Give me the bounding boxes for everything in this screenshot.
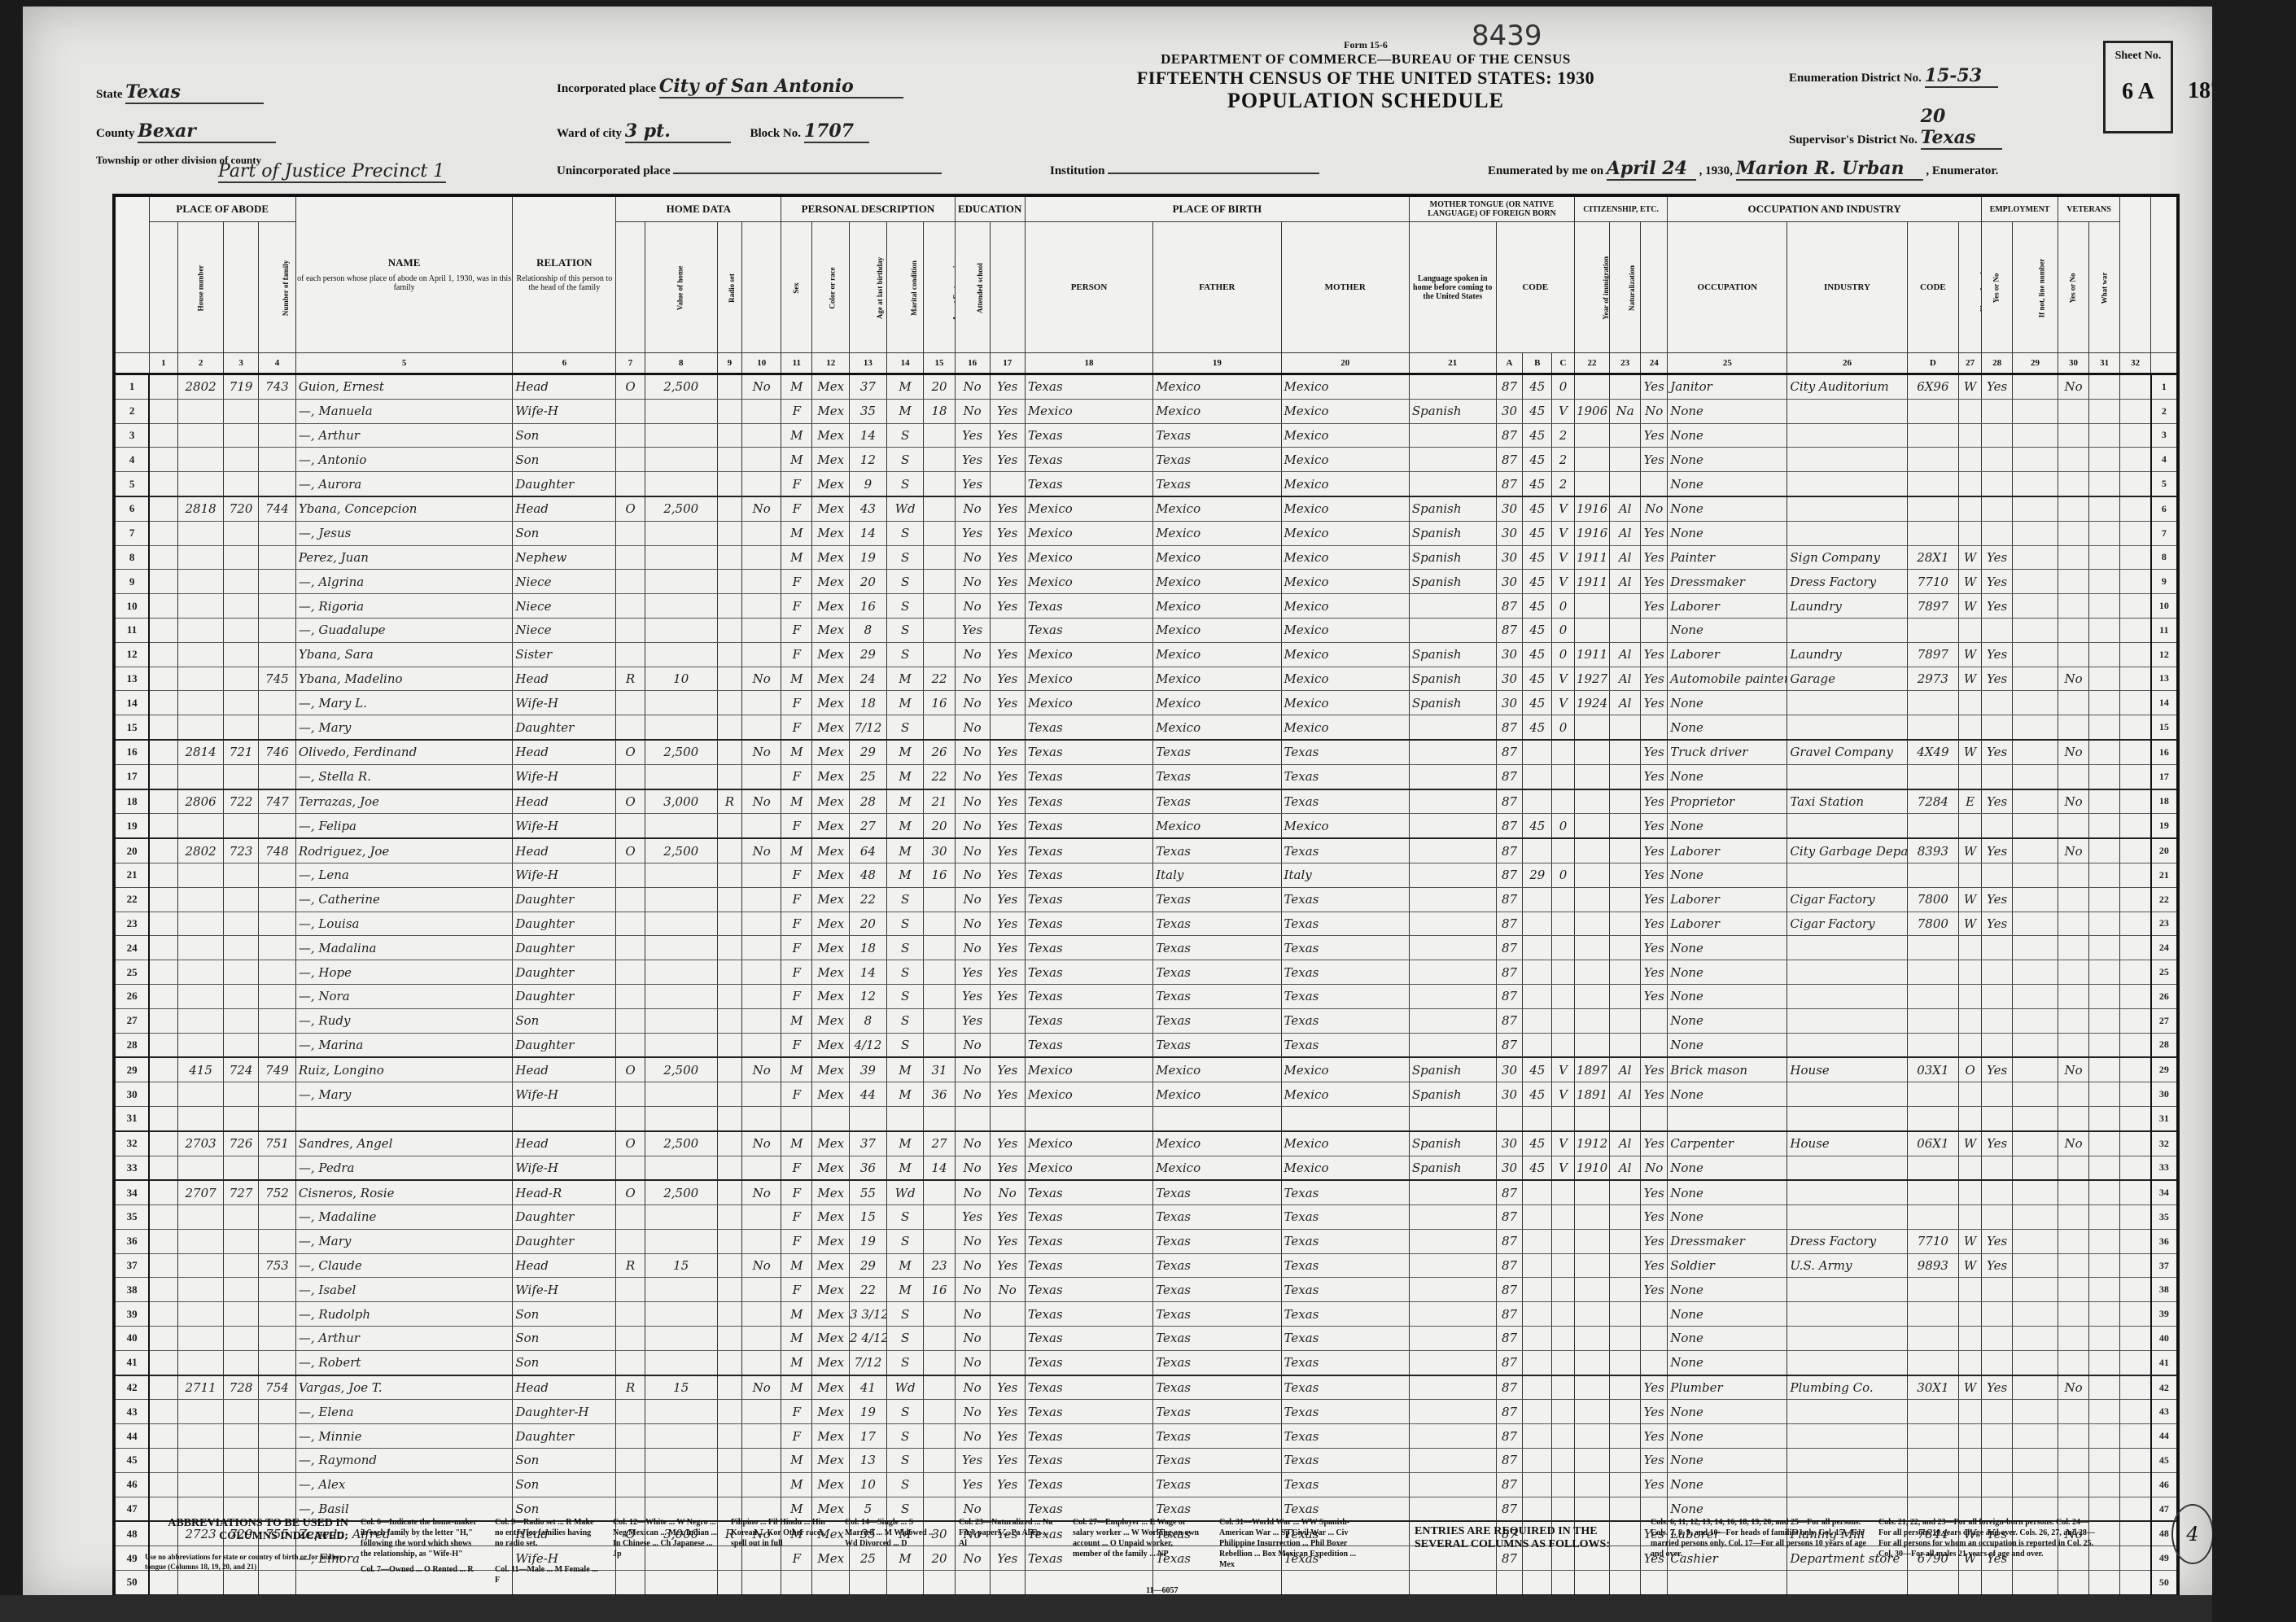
- dwelling-number: [224, 1449, 259, 1473]
- can-read-write: [990, 715, 1025, 740]
- speaks-english: Yes: [1641, 764, 1668, 789]
- birthplace-mother: Texas: [1281, 1472, 1409, 1497]
- unemployment-line: [2013, 887, 2058, 912]
- occupation-code: [1907, 691, 1958, 715]
- house-number: [178, 814, 224, 838]
- veteran: [2058, 984, 2088, 1008]
- birthplace-father: Texas: [1153, 1472, 1281, 1497]
- farm-schedule: [2120, 570, 2151, 594]
- veteran: No: [2058, 789, 2088, 814]
- radio-set: [717, 936, 741, 960]
- veteran: [2058, 764, 2088, 789]
- at-work: Yes: [1982, 570, 2013, 594]
- mother-tongue: [1409, 740, 1496, 764]
- at-work: Yes: [1982, 912, 2013, 936]
- radio-set: [717, 496, 741, 521]
- code-b: [1523, 1327, 1552, 1351]
- radio-set: [717, 715, 741, 740]
- mother-tongue: [1409, 715, 1496, 740]
- farm-schedule: [2120, 1302, 2151, 1327]
- race: Mex: [812, 1180, 850, 1204]
- age: 15: [850, 1205, 887, 1230]
- can-read-write: Yes: [990, 521, 1025, 545]
- code-a: 87: [1496, 838, 1523, 863]
- home-value: 15: [645, 1375, 717, 1400]
- age-first-marriage: 20: [924, 374, 955, 400]
- code-c: [1552, 1449, 1575, 1473]
- code-c: 0: [1552, 715, 1575, 740]
- line-number: 17: [114, 764, 149, 789]
- house-number: [178, 1327, 224, 1351]
- class-of-worker: [1959, 1424, 1982, 1449]
- unemployment-line: [2013, 912, 2058, 936]
- table-row: 33 —, Pedra Wife-H F Mex 36 M 14 No Yes …: [114, 1156, 2178, 1180]
- line-number: 11: [114, 618, 149, 642]
- table-row: 14 —, Mary L. Wife-H F Mex 18 M 16 No Ye…: [114, 691, 2178, 715]
- colnum: 20: [1281, 353, 1409, 374]
- attended-school: No: [955, 667, 990, 691]
- occupation: Dressmaker: [1668, 570, 1787, 594]
- age-header: Age at last birthday: [850, 222, 887, 353]
- birthplace-mother: Mexico: [1281, 423, 1409, 448]
- occupation-code: 4X49: [1907, 740, 1958, 764]
- table-row: 10 —, Rigoria Niece F Mex 16 S No Yes Te…: [114, 594, 2178, 619]
- can-read-write: Yes: [990, 570, 1025, 594]
- line-number: 45: [114, 1449, 149, 1473]
- birthplace-mother: Mexico: [1281, 496, 1409, 521]
- industry: Cigar Factory: [1787, 912, 1907, 936]
- at-work: [1982, 1008, 2013, 1033]
- occupation: None: [1668, 1082, 1787, 1107]
- radio-set: [717, 1302, 741, 1327]
- dwelling-number: [224, 1327, 259, 1351]
- dwelling-number: [224, 936, 259, 960]
- war: [2089, 521, 2120, 545]
- person-header: PERSON: [1025, 222, 1152, 353]
- can-read-write: Yes: [990, 912, 1025, 936]
- war: [2089, 814, 2120, 838]
- home-value: [645, 1327, 717, 1351]
- marital-status: S: [886, 618, 924, 642]
- radio-set: [717, 448, 741, 472]
- person-name: —, Pedra: [295, 1156, 513, 1180]
- line-number: 23: [114, 912, 149, 936]
- table-row: 11 —, Guadalupe Niece F Mex 8 S Yes Texa…: [114, 618, 2178, 642]
- speaks-english: Yes: [1641, 521, 1668, 545]
- war: [2089, 1106, 2120, 1130]
- code-c: V: [1552, 1082, 1575, 1107]
- house-number: [178, 1229, 224, 1253]
- occupation: None: [1668, 764, 1787, 789]
- occupation: None: [1668, 1400, 1787, 1424]
- occupation: None: [1668, 1302, 1787, 1327]
- mother-tongue: [1409, 448, 1496, 472]
- mother-tongue: [1409, 764, 1496, 789]
- marital-status: S: [886, 936, 924, 960]
- birthplace-father: Texas: [1153, 1400, 1281, 1424]
- age: 14: [850, 960, 887, 985]
- at-work: [1982, 1424, 2013, 1449]
- code-b: [1523, 1180, 1552, 1204]
- street-cell: [149, 570, 178, 594]
- birthplace-mother: Texas: [1281, 1253, 1409, 1278]
- table-row: 18 2806 722 747 Terrazas, Joe Head O 3,0…: [114, 789, 2178, 814]
- naturalization: [1610, 1008, 1641, 1033]
- line-number: 1: [114, 374, 149, 400]
- marital-status: S: [886, 570, 924, 594]
- industry: [1787, 1278, 1907, 1302]
- code-b: 45: [1523, 448, 1552, 472]
- birthplace-father: Texas: [1153, 764, 1281, 789]
- attended-school: No: [955, 642, 990, 667]
- industry: [1787, 960, 1907, 985]
- institution-value: [1108, 173, 1319, 174]
- industry: Garage: [1787, 667, 1907, 691]
- industry: [1787, 1400, 1907, 1424]
- marital-status: S: [886, 1327, 924, 1351]
- street-cell: [149, 1278, 178, 1302]
- occupation: None: [1668, 521, 1787, 545]
- street-cell: [149, 691, 178, 715]
- birthplace-mother: Texas: [1281, 1205, 1409, 1230]
- line-number: 19: [114, 814, 149, 838]
- radio-set: [717, 1131, 741, 1156]
- war: [2089, 374, 2120, 400]
- on-farm: [742, 1033, 781, 1057]
- home-value: [645, 545, 717, 570]
- birthplace-father: Mexico: [1153, 374, 1281, 400]
- street-cell: [149, 374, 178, 400]
- birthplace-person: Texas: [1025, 423, 1152, 448]
- circled-mark: 4: [2171, 1504, 2214, 1564]
- naturalization: Na: [1610, 399, 1641, 423]
- unemployment-line: [2013, 1131, 2058, 1156]
- can-read-write: Yes: [990, 1131, 1025, 1156]
- farm-schedule: [2120, 887, 2151, 912]
- person-name: —, Isabel: [295, 1278, 513, 1302]
- radio-set: [717, 399, 741, 423]
- family-number: 748: [259, 838, 296, 863]
- family-number: [259, 472, 296, 496]
- code-a: 30: [1496, 399, 1523, 423]
- sex: F: [781, 1082, 812, 1107]
- relation: Daughter: [513, 936, 616, 960]
- person-name: —, Elena: [295, 1400, 513, 1424]
- street-cell: [149, 1156, 178, 1180]
- birthplace-father: Texas: [1153, 838, 1281, 863]
- incorporated-label: Incorporated place: [557, 82, 656, 95]
- home-owned: [616, 984, 645, 1008]
- code-c: [1552, 1180, 1575, 1204]
- table-row: 8 Perez, Juan Nephew M Mex 19 S No Yes M…: [114, 545, 2178, 570]
- code-a: 30: [1496, 1156, 1523, 1180]
- code-a: 87: [1496, 1253, 1523, 1278]
- war: [2089, 423, 2120, 448]
- code-c: 0: [1552, 374, 1575, 400]
- enum-district-label: Enumeration District No.: [1789, 72, 1922, 85]
- race: Mex: [812, 642, 850, 667]
- family-number-header: Number of family: [259, 222, 296, 353]
- birthplace-person: Texas: [1025, 1008, 1152, 1033]
- family-number: [259, 1302, 296, 1327]
- sex: F: [781, 814, 812, 838]
- occupation-code: [1907, 399, 1958, 423]
- immigration-year: 1891: [1574, 1082, 1609, 1107]
- relation: Son: [513, 1449, 616, 1473]
- on-farm: [742, 1008, 781, 1033]
- at-work: [1982, 1278, 2013, 1302]
- code-c: 0: [1552, 594, 1575, 619]
- mother-tongue: Spanish: [1409, 399, 1496, 423]
- war: [2089, 960, 2120, 985]
- person-name: —, Algrina: [295, 570, 513, 594]
- immigration-year: 1911: [1574, 642, 1609, 667]
- naturalization: [1610, 740, 1641, 764]
- birthplace-mother: Texas: [1281, 1008, 1409, 1033]
- code-b: [1523, 1350, 1552, 1375]
- dwelling-number: [224, 1205, 259, 1230]
- race: Mex: [812, 1008, 850, 1033]
- home-value: [645, 814, 717, 838]
- naturalization: [1610, 1229, 1641, 1253]
- code-c: [1552, 1033, 1575, 1057]
- street-cell: [149, 1057, 178, 1082]
- race: Mex: [812, 545, 850, 570]
- marital-header: Marital condition: [886, 222, 924, 353]
- immigration-year: [1574, 1350, 1609, 1375]
- farm-schedule: [2120, 642, 2151, 667]
- code-c: [1552, 1350, 1575, 1375]
- line-number: 18: [114, 789, 149, 814]
- line-number: 47: [114, 1497, 149, 1521]
- dwelling-number: [224, 1278, 259, 1302]
- relation: Head: [513, 496, 616, 521]
- father-header: FATHER: [1153, 222, 1281, 353]
- at-work: Yes: [1982, 1229, 2013, 1253]
- family-number: [259, 1229, 296, 1253]
- attended-school: No: [955, 496, 990, 521]
- at-work: Yes: [1982, 545, 2013, 570]
- marital-status: M: [886, 691, 924, 715]
- age: 16: [850, 594, 887, 619]
- birthplace-father: Texas: [1153, 1205, 1281, 1230]
- at-work: [1982, 399, 2013, 423]
- age-first-marriage: [924, 1449, 955, 1473]
- radio-set: [717, 1424, 741, 1449]
- sex: M: [781, 667, 812, 691]
- person-name: —, Lena: [295, 863, 513, 887]
- age: 13: [850, 1449, 887, 1473]
- naturalization: [1610, 423, 1641, 448]
- birthplace-father: Mexico: [1153, 545, 1281, 570]
- code-c: [1552, 1278, 1575, 1302]
- speaks-english: Yes: [1641, 448, 1668, 472]
- group-relation: RELATIONRelationship of this person to t…: [513, 195, 616, 353]
- family-number: [259, 1106, 296, 1130]
- street-cell: [149, 642, 178, 667]
- race: Mex: [812, 618, 850, 642]
- at-work: [1982, 448, 2013, 472]
- war: [2089, 1131, 2120, 1156]
- class-of-worker: [1959, 1400, 1982, 1424]
- speaks-english: Yes: [1641, 423, 1668, 448]
- farm-schedule: [2120, 1205, 2151, 1230]
- farm-schedule: [2120, 984, 2151, 1008]
- code-a: 30: [1496, 667, 1523, 691]
- colnum: 11: [781, 353, 812, 374]
- race: Mex: [812, 1253, 850, 1278]
- marital-status: M: [886, 764, 924, 789]
- radio-set: [717, 1327, 741, 1351]
- veteran: No: [2058, 1131, 2088, 1156]
- on-farm: [742, 960, 781, 985]
- industry: Sign Company: [1787, 545, 1907, 570]
- occupation-code: [1907, 1082, 1958, 1107]
- age: 64: [850, 838, 887, 863]
- occupation-code: [1907, 936, 1958, 960]
- mother-tongue: [1409, 960, 1496, 985]
- line-number: 22: [114, 887, 149, 912]
- abbr-col27: Col. 27—Employer ... E Wage or salary wo…: [1073, 1517, 1203, 1559]
- home-owned: [616, 521, 645, 545]
- street-cell: [149, 618, 178, 642]
- dwelling-number: [224, 1253, 259, 1278]
- home-value: 2,500: [645, 496, 717, 521]
- can-read-write: Yes: [990, 1205, 1025, 1230]
- colnum: 2: [178, 353, 224, 374]
- attended-school: No: [955, 1424, 990, 1449]
- industry: House: [1787, 1057, 1907, 1082]
- occupation-code: [1907, 1327, 1958, 1351]
- race: Mex: [812, 1278, 850, 1302]
- war: [2089, 1156, 2120, 1180]
- veteran: [2058, 1156, 2088, 1180]
- colnum: 30: [2058, 353, 2088, 374]
- home-owned: [616, 570, 645, 594]
- home-owned: O: [616, 1180, 645, 1204]
- war: [2089, 570, 2120, 594]
- relation: Daughter: [513, 1424, 616, 1449]
- war: [2089, 1008, 2120, 1033]
- home-owned: O: [616, 740, 645, 764]
- veteran: [2058, 1082, 2088, 1107]
- line-number: 13: [114, 667, 149, 691]
- english-header: Whether able to speak English: [1641, 222, 1668, 353]
- colnum: 21: [1409, 353, 1496, 374]
- speaks-english: No: [1641, 496, 1668, 521]
- industry: U.S. Army: [1787, 1253, 1907, 1278]
- home-owned: O: [616, 496, 645, 521]
- birthplace-person: Mexico: [1025, 667, 1152, 691]
- on-farm: [742, 521, 781, 545]
- birthplace-father: Texas: [1153, 912, 1281, 936]
- marital-status: M: [886, 740, 924, 764]
- veteran: No: [2058, 374, 2088, 400]
- farm-schedule: [2120, 814, 2151, 838]
- code-b: 45: [1523, 618, 1552, 642]
- occupation-code: 6X96: [1907, 374, 1958, 400]
- age-first-marriage: [924, 1472, 955, 1497]
- family-number: [259, 1033, 296, 1057]
- birthplace-father: Texas: [1153, 1350, 1281, 1375]
- colnum: 19: [1153, 353, 1281, 374]
- table-row: 7 —, Jesus Son M Mex 14 S Yes Yes Mexico…: [114, 521, 2178, 545]
- birthplace-father: Texas: [1153, 1278, 1281, 1302]
- age-first-marriage: [924, 448, 955, 472]
- line-number: 43: [114, 1400, 149, 1424]
- line-number: 26: [114, 984, 149, 1008]
- person-name: —, Madalina: [295, 936, 513, 960]
- line-number: 3: [114, 423, 149, 448]
- naturalization: [1610, 1180, 1641, 1204]
- relation: Daughter: [513, 715, 616, 740]
- colnum: 3: [224, 353, 259, 374]
- naturalization: [1610, 936, 1641, 960]
- sex: M: [781, 1008, 812, 1033]
- age-first-marriage: [924, 521, 955, 545]
- home-owned: [616, 1327, 645, 1351]
- marital-status: S: [886, 1229, 924, 1253]
- war: [2089, 545, 2120, 570]
- street-cell: [149, 863, 178, 887]
- family-number: [259, 1008, 296, 1033]
- class-of-worker: [1959, 521, 1982, 545]
- title-block: Form 15-6 DEPARTMENT OF COMMERCE—BUREAU …: [1081, 39, 1651, 113]
- at-work: [1982, 984, 2013, 1008]
- occupation-code: [1907, 1008, 1958, 1033]
- family-number: 754: [259, 1375, 296, 1400]
- name-desc: of each person whose place of abode on A…: [296, 274, 513, 292]
- house-number: [178, 1205, 224, 1230]
- radio-set: [717, 1229, 741, 1253]
- farm-schedule: [2120, 764, 2151, 789]
- veteran: [2058, 399, 2088, 423]
- age: 2 4/12: [850, 1327, 887, 1351]
- code-a: 87: [1496, 1375, 1523, 1400]
- occupation: None: [1668, 936, 1787, 960]
- race: Mex: [812, 1350, 850, 1375]
- occupation: None: [1668, 691, 1787, 715]
- speaks-english: Yes: [1641, 642, 1668, 667]
- birthplace-person: Texas: [1025, 984, 1152, 1008]
- on-farm: [742, 1278, 781, 1302]
- house-number: 2802: [178, 838, 224, 863]
- birthplace-person: Texas: [1025, 764, 1152, 789]
- age: 18: [850, 936, 887, 960]
- home-owned: [616, 691, 645, 715]
- birthplace-mother: Mexico: [1281, 472, 1409, 496]
- race: Mex: [812, 1082, 850, 1107]
- speaks-english: Yes: [1641, 740, 1668, 764]
- age-first-marriage: 21: [924, 789, 955, 814]
- industry: Plumbing Co.: [1787, 1375, 1907, 1400]
- race: Mex: [812, 764, 850, 789]
- immigration-year: [1574, 472, 1609, 496]
- street-cell: [149, 472, 178, 496]
- code-a: 87: [1496, 618, 1523, 642]
- home-value: [645, 984, 717, 1008]
- relation: Wife-H: [513, 1156, 616, 1180]
- home-owned: [616, 423, 645, 448]
- race: Mex: [812, 496, 850, 521]
- class-of-worker: W: [1959, 1131, 1982, 1156]
- farm-schedule: [2120, 1327, 2151, 1351]
- veteran: [2058, 1302, 2088, 1327]
- class-of-worker: [1959, 691, 1982, 715]
- at-work: [1982, 521, 2013, 545]
- farm-schedule: [2120, 667, 2151, 691]
- speaks-english: Yes: [1641, 789, 1668, 814]
